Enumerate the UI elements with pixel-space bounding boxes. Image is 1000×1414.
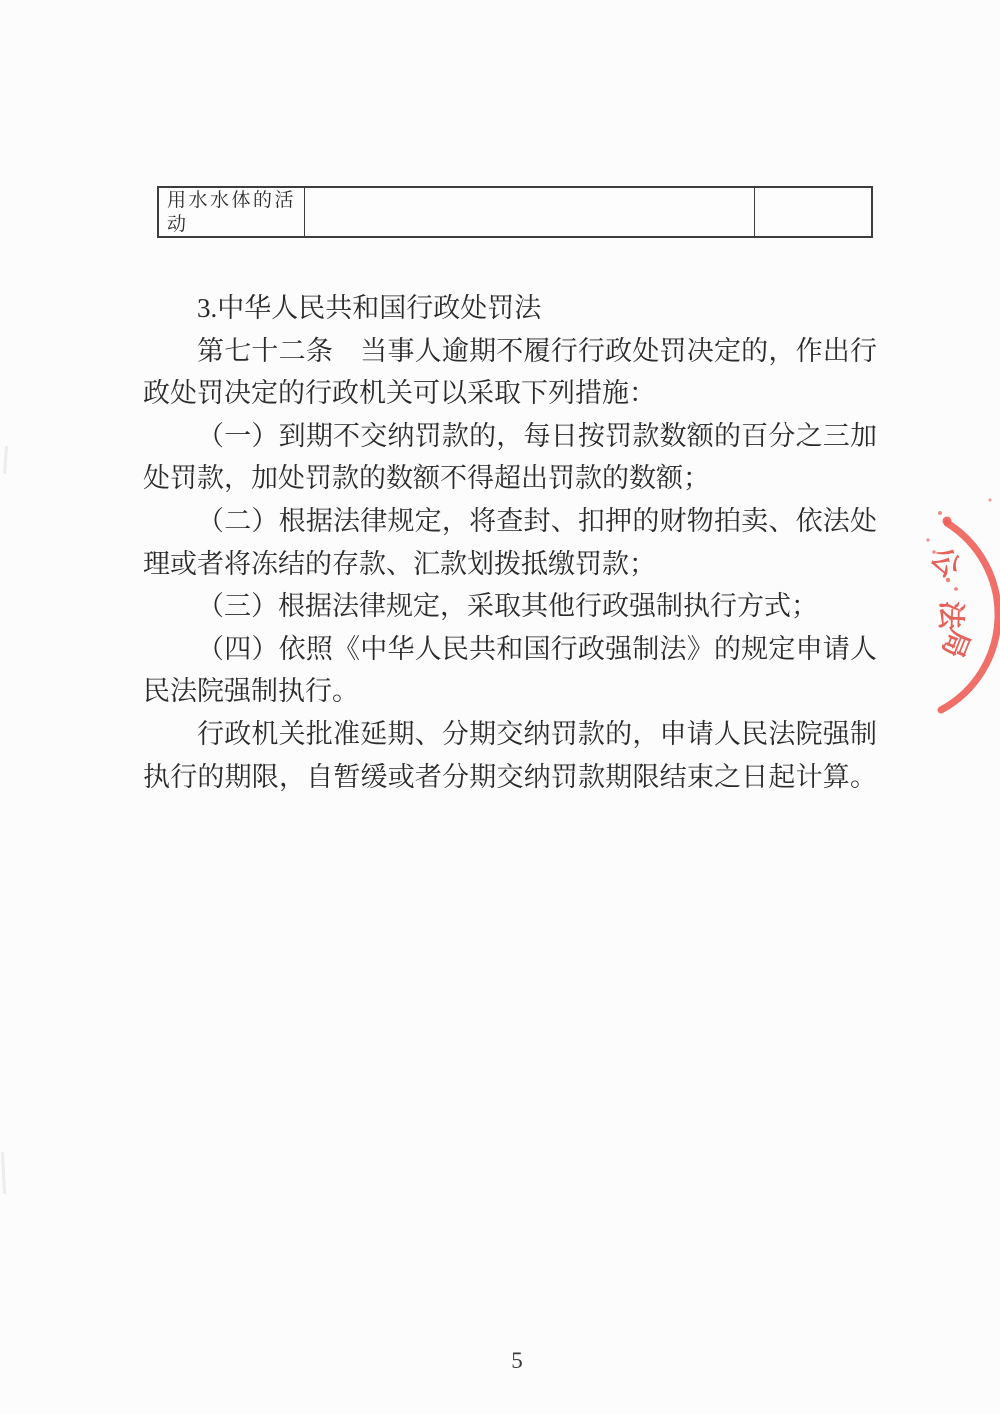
text-line: 政处罚决定的行政机关可以采取下列措施： — [143, 372, 877, 415]
seal-character: 法 — [934, 600, 967, 630]
seal-ink-blob — [988, 498, 991, 501]
table-fragment: 用水水体的活动 — [157, 186, 873, 238]
table-cell-empty-middle — [305, 188, 755, 236]
section-heading: 3.中华人民共和国行政处罚法 — [143, 287, 877, 330]
text-line: （三）根据法律规定，采取其他行政强制执行方式； — [143, 585, 877, 628]
text-line: 行政机关批准延期、分期交纳罚款的，申请人民法院强制 — [143, 713, 877, 756]
text-line: （二）根据法律规定，将查封、扣押的财物拍卖、依法处 — [143, 500, 877, 543]
table-cell-empty-right — [755, 188, 871, 236]
page-number: 5 — [0, 1348, 1000, 1374]
table-cell-activity: 用水水体的活动 — [159, 188, 305, 236]
seal-ink-blob — [938, 511, 942, 515]
seal-ink-blob — [943, 517, 952, 526]
text-line: （四）依照《中华人民共和国行政强制法》的规定申请人 — [143, 628, 877, 671]
document-page: 用水水体的活动 3.中华人民共和国行政处罚法 第七十二条 当事人逾期不履行行政处… — [0, 0, 1000, 1414]
text-line: 执行的期限，自暂缓或者分期交纳罚款期限结束之日起计算。 — [143, 756, 877, 799]
seal-character: 公 — [924, 542, 966, 584]
text-line: 民法院强制执行。 — [143, 670, 877, 713]
seal-ink-blob — [946, 578, 950, 582]
text-line: 第七十二条 当事人逾期不履行行政处罚决定的，作出行 — [143, 330, 877, 373]
seal-ink-blob — [954, 587, 958, 591]
body-text: 3.中华人民共和国行政处罚法 第七十二条 当事人逾期不履行行政处罚决定的，作出行… — [143, 287, 877, 798]
seal-ink-blob — [932, 550, 936, 554]
text-line: 理或者将冻结的存款、汇款划拨抵缴罚款； — [143, 543, 877, 586]
scan-artifact — [1, 1152, 6, 1194]
text-line: 处罚款，加处罚款的数额不得超出罚款的数额； — [143, 457, 877, 500]
seal-border-arc — [941, 523, 998, 710]
text-line: （一）到期不交纳罚款的，每日按罚款数额的百分之三加 — [143, 415, 877, 458]
seal-character: 局 — [935, 624, 974, 662]
seal-ink-blob — [926, 538, 929, 541]
scan-artifact — [3, 446, 8, 474]
